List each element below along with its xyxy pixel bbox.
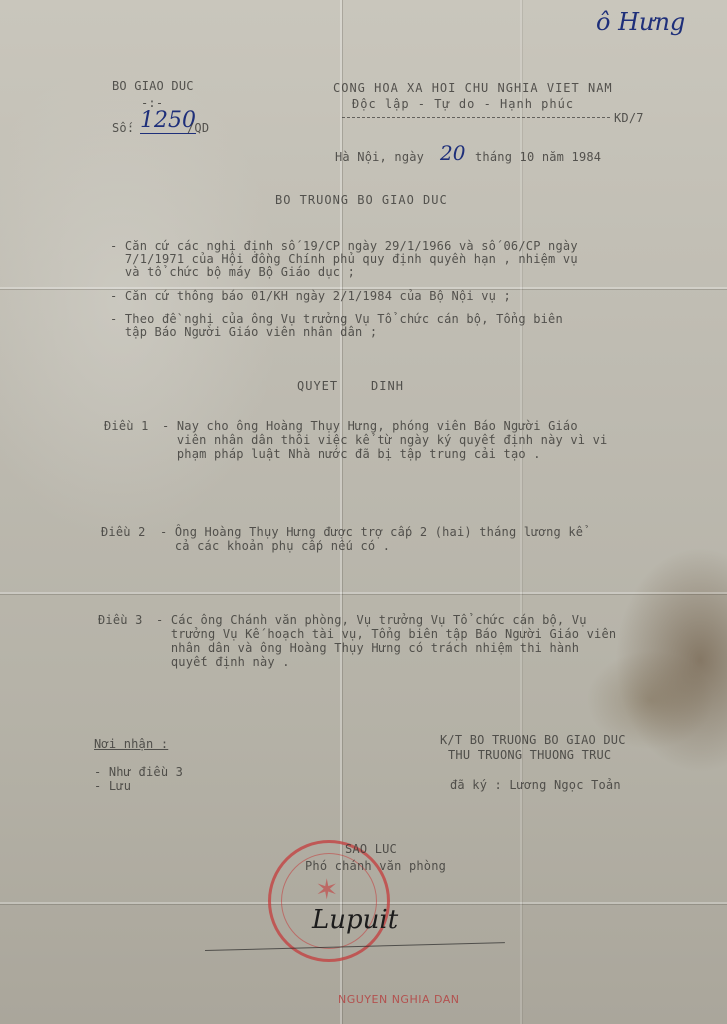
- ministry-name: BO GIAO DUC: [112, 80, 194, 93]
- article-line: cả các khoản phụ cấp nếu có .: [160, 540, 390, 553]
- copy-officer-title: Phó chánh văn phòng: [305, 860, 446, 873]
- signatory-title: K/T BO TRUONG BO GIAO DUC: [440, 734, 626, 747]
- article-line: phạm pháp luật Nhà nước đã bị tập trung …: [162, 448, 541, 461]
- article-line: viên nhân dân thôi việc kể từ ngày ký qu…: [162, 434, 607, 447]
- recipient-item: - Như điều 3: [94, 766, 183, 779]
- preamble-line: - Căn cứ thông báo 01/KH ngày 2/1/1984 c…: [110, 290, 511, 303]
- article-label: Điều 2: [101, 526, 146, 539]
- preamble-line: tập Báo Người Giáo viên nhân dân ;: [110, 326, 377, 339]
- header-rule: [342, 117, 610, 118]
- article-line: - Ông Hoàng Thụy Hưng được trợ cấp 2 (ha…: [160, 526, 583, 539]
- date-suffix: tháng 10 năm 1984: [475, 151, 601, 164]
- date-day: 20: [440, 141, 465, 165]
- document-paper: ô Hưng BO GIAO DUC -:- Số: 1250 /QD CONG…: [0, 0, 727, 1024]
- article-line: trưởng Vụ Kế hoạch tài vụ, Tổng biên tập…: [156, 628, 616, 641]
- star-emblem-icon: ✶: [315, 873, 338, 906]
- stamp-name: NGUYEN NGHIA DAN: [338, 993, 460, 1006]
- article-line: - Nay cho ông Hoàng Thụy Hưng, phóng viê…: [162, 420, 578, 433]
- article-label: Điều 1: [104, 420, 149, 433]
- handwritten-note: ô Hưng: [596, 8, 685, 36]
- fold-crease: [0, 592, 727, 594]
- date-prefix: Hà Nội, ngày: [335, 151, 424, 164]
- article-line: quyết định này .: [156, 656, 290, 669]
- article-label: Điều 3: [98, 614, 143, 627]
- national-motto: Độc lập - Tự do - Hạnh phúc: [352, 98, 574, 111]
- article-line: nhân dân và ông Hoàng Thụy Hưng có trách…: [156, 642, 579, 655]
- recipient-item: - Lưu: [94, 780, 131, 793]
- number-suffix: /QD: [187, 122, 209, 135]
- signed-by: đã ký : Lương Ngọc Toản: [450, 779, 621, 792]
- handwritten-signature: Lupuit: [312, 905, 398, 935]
- recipients-heading: Nơi nhận :: [94, 738, 168, 751]
- preamble-line: và tổ chức bộ máy Bộ Giáo dục ;: [110, 266, 355, 279]
- document-code: KD/7: [614, 112, 644, 125]
- decision-heading: QUYET DINH: [297, 380, 404, 393]
- article-line: - Các ông Chánh văn phòng, Vụ trưởng Vụ …: [156, 614, 587, 627]
- number-label: Số:: [112, 122, 134, 135]
- issuer-title: BO TRUONG BO GIAO DUC: [275, 194, 448, 207]
- copy-label: SAO LUC: [345, 843, 397, 856]
- country-name: CONG HOA XA HOI CHU NGHIA VIET NAM: [333, 82, 613, 95]
- signatory-subtitle: THU TRUONG THUONG TRUC: [448, 749, 611, 762]
